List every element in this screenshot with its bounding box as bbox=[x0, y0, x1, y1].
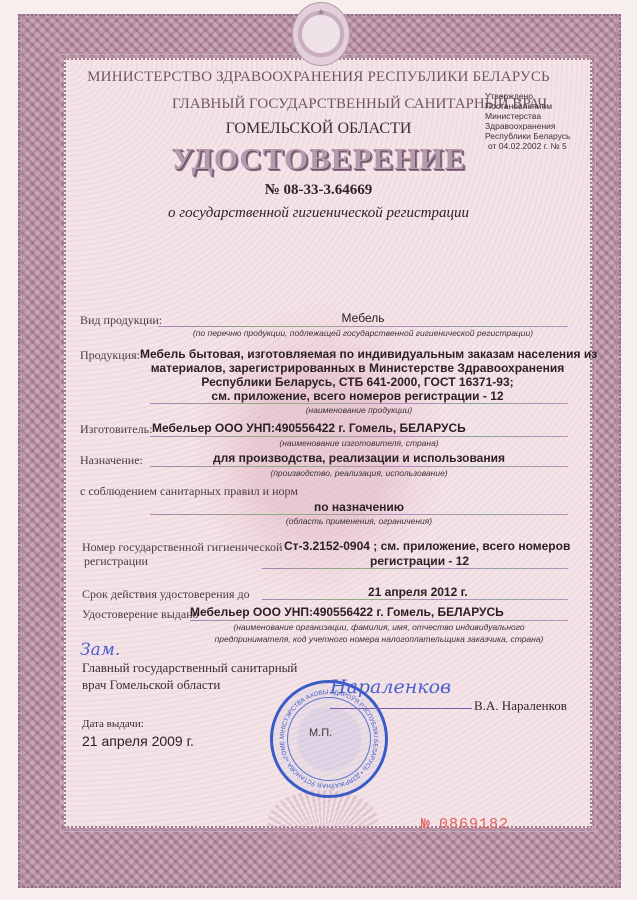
approval-line: Здравоохранения bbox=[485, 121, 570, 131]
approval-line: Постановлением bbox=[485, 101, 570, 111]
registration-number-label: Номер государственной гигиенической bbox=[82, 540, 282, 555]
manufacturer-value: Мебельер ООО УНП:490556422 г. Гомель, БЕ… bbox=[152, 421, 466, 435]
coat-of-arms-icon: ★ bbox=[292, 2, 350, 66]
compliance-value: по назначению bbox=[150, 500, 568, 514]
product-type-label: Вид продукции: bbox=[80, 313, 162, 328]
product-type-value: Мебель bbox=[158, 311, 568, 325]
compliance-hint: (область применения, ограничения) bbox=[150, 516, 568, 526]
manufacturer-label: Изготовитель: bbox=[80, 422, 152, 437]
product-type-hint: (по перечню продукции, подлежащей госуда… bbox=[158, 328, 568, 338]
products-line: Мебель бытовая, изготовляемая по индивид… bbox=[140, 347, 575, 361]
products-label: Продукция: bbox=[80, 348, 140, 363]
issue-date-label: Дата выдачи: bbox=[82, 718, 144, 730]
serial-number-value: 0869182 bbox=[439, 816, 509, 833]
approval-line: Утверждено bbox=[485, 91, 570, 101]
issued-to-label: Удостоверение выдано bbox=[82, 607, 199, 622]
signatory-title: Главный государственный санитарный bbox=[82, 660, 297, 676]
purpose-hint: (производство, реализация, использование… bbox=[150, 468, 568, 478]
star-icon: ★ bbox=[317, 7, 325, 18]
registration-number-label: регистрации bbox=[84, 554, 148, 569]
ministry-name: МИНИСТЕРСТВО ЗДРАВООХРАНЕНИЯ РЕСПУБЛИКИ … bbox=[0, 69, 637, 86]
products-line: Республики Беларусь, СТБ 641-2000, ГОСТ … bbox=[140, 375, 575, 389]
serial-number-sign: № bbox=[421, 816, 431, 833]
valid-until-label: Срок действия удостоверения до bbox=[82, 587, 250, 602]
issued-to-hint: (наименование организации, фамилия, имя,… bbox=[190, 622, 568, 632]
products-hint: (наименование продукции) bbox=[150, 405, 568, 415]
registration-number-value: Ст-3.2152-0904 ; см. приложение, всего н… bbox=[284, 539, 570, 553]
issued-to-hint: предпринимателя, код учетного номера нал… bbox=[190, 634, 568, 644]
document-subtitle: о государственной гигиенической регистра… bbox=[0, 205, 637, 222]
issue-date: 21 апреля 2009 г. bbox=[82, 733, 194, 749]
signature: Нараленков bbox=[330, 676, 451, 698]
deputy-initials-mark: Зам. bbox=[80, 640, 120, 660]
stamp-ring-text: МІНІСТЭРСТВА АХОВЫ ЗДАРОЎЯ РЭСПУБЛІКІ БЕ… bbox=[273, 683, 385, 795]
purpose-value: для производства, реализации и использов… bbox=[150, 451, 568, 465]
registration-number-value: регистрации - 12 bbox=[370, 554, 469, 568]
certificate-number: № 08-33-3.64669 bbox=[0, 182, 637, 199]
approval-line: Республики Беларусь bbox=[485, 131, 570, 141]
compliance-label: с соблюдением санитарных правил и норм bbox=[80, 484, 298, 499]
valid-until-value: 21 апреля 2012 г. bbox=[368, 585, 468, 599]
products-line: см. приложение, всего номеров регистраци… bbox=[140, 389, 575, 403]
serial-number: №0869182 bbox=[421, 816, 509, 833]
signatory-name: В.А. Нараленков bbox=[474, 698, 567, 714]
signatory-title: врач Гомельской области bbox=[82, 677, 220, 693]
manufacturer-hint: (наименование изготовителя, страна) bbox=[150, 438, 568, 448]
products-line: материалов, зарегистрированных в Министе… bbox=[140, 361, 575, 375]
stamp-place-mark: М.П. bbox=[309, 727, 332, 739]
issued-to-value: Мебельер ООО УНП:490556422 г. Гомель, БЕ… bbox=[190, 605, 504, 619]
document-title: УДОСТОВЕРЕНИЕ bbox=[0, 141, 637, 177]
approval-line: Министерства bbox=[485, 111, 570, 121]
purpose-label: Назначение: bbox=[80, 453, 143, 468]
